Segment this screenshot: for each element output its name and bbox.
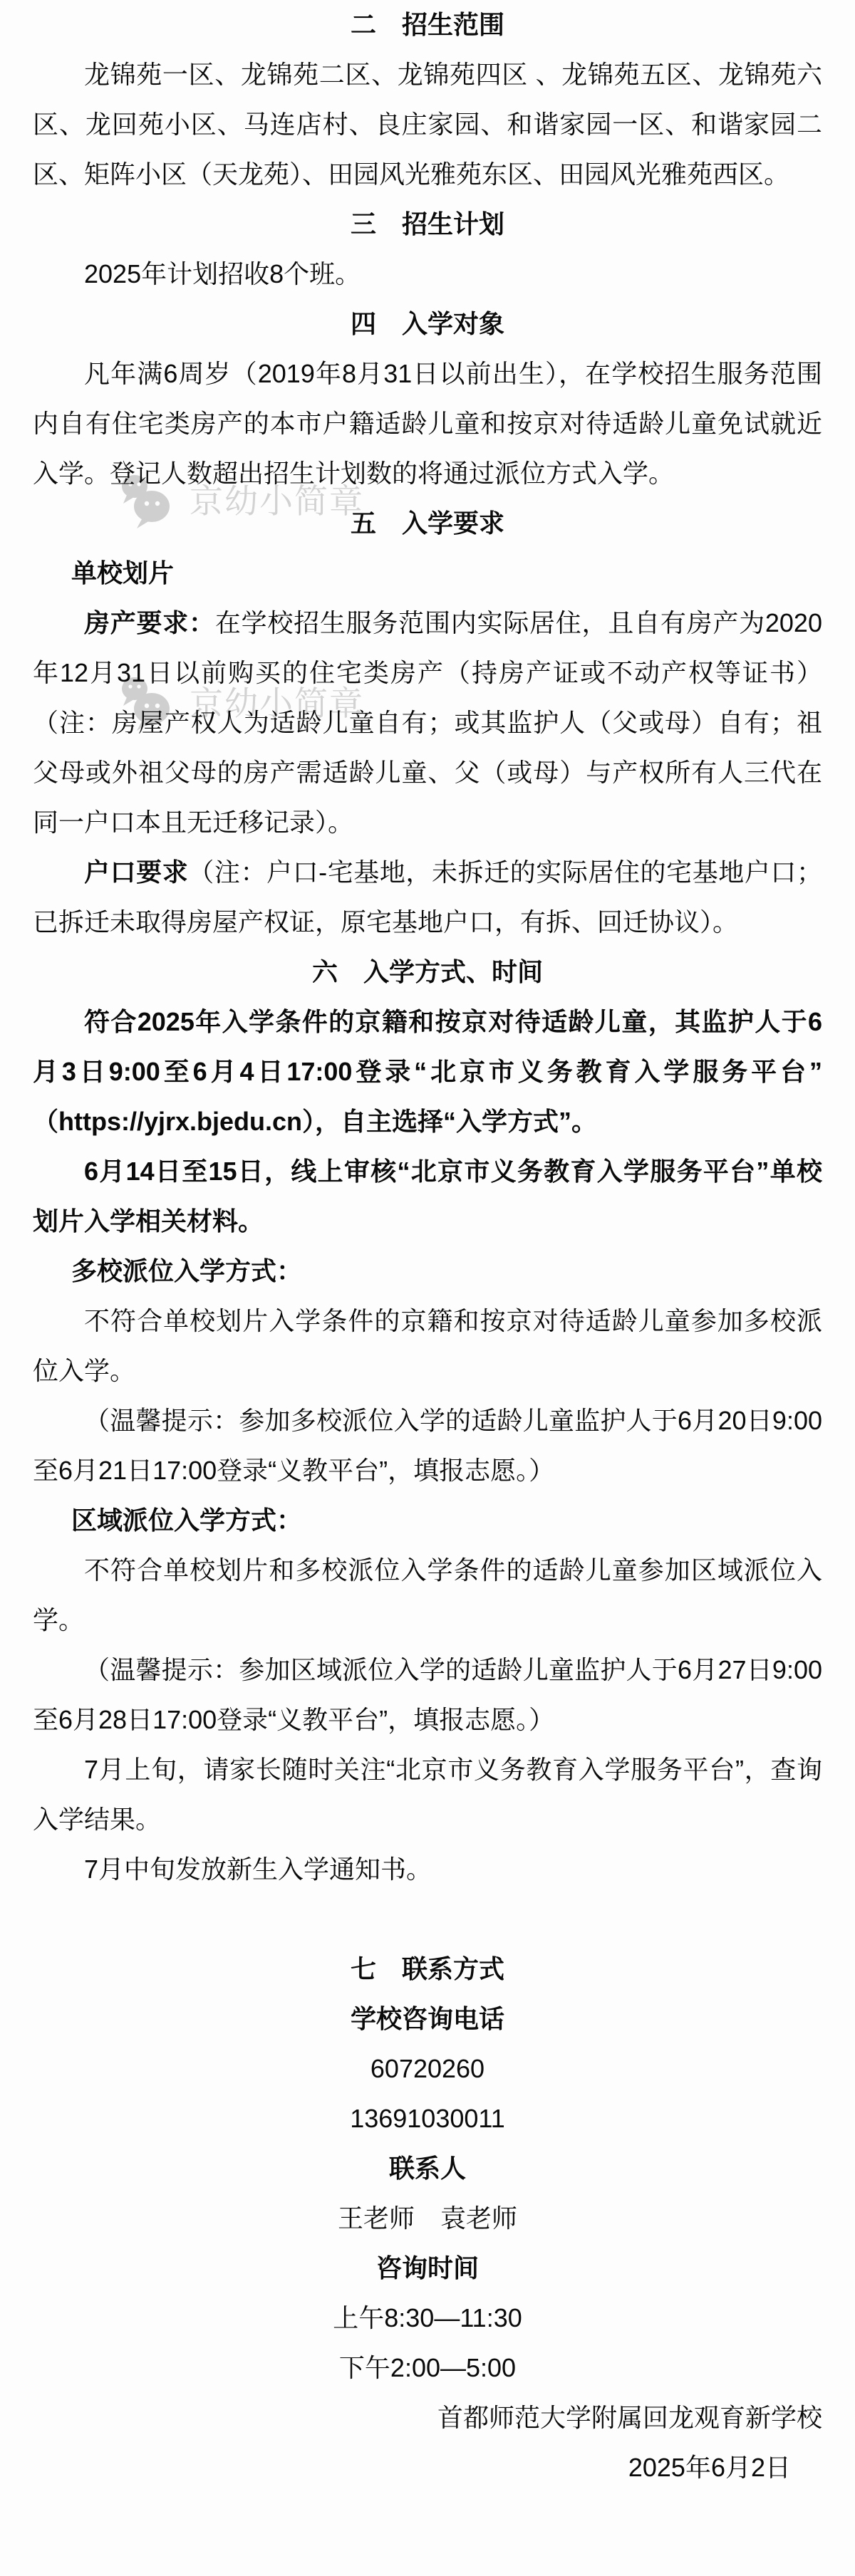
subheading-multi-school-placement: 多校派位入学方式： — [33, 1246, 822, 1296]
contact-phone-number: 60720260 — [33, 2044, 822, 2094]
section-heading-enrollment-plan: 三 招生计划 — [33, 199, 822, 249]
section-heading-enrollment-scope: 二 招生范围 — [33, 0, 822, 50]
subheading-district-placement: 区域派位入学方式： — [33, 1496, 822, 1545]
section-heading-admission-requirements: 五 入学要求 — [33, 499, 822, 548]
paragraph-multi-school-placement: 不符合单校划片入学条件的京籍和按京对待适龄儿童参加多校派位入学。 — [33, 1296, 822, 1396]
subheading-single-school-zoning: 单校划片 — [33, 548, 822, 598]
paragraph-district-tip: （温馨提示：参加区域派位入学的适龄儿童监护人于6月27日9:00至6月28日17… — [33, 1645, 822, 1745]
paragraph-notice-issue: 7月中旬发放新生入学通知书。 — [33, 1845, 822, 1894]
section-heading-admission-methods: 六 入学方式、时间 — [33, 947, 822, 997]
consult-time-afternoon: 下午2:00—5:00 — [33, 2343, 822, 2393]
enrollment-notice-document: 京幼小简章 京幼小简章 二 招生范围 龙锦 — [0, 0, 855, 2576]
property-requirement-label: 房产要求： — [84, 608, 215, 637]
paragraph-online-review: 6月14日至15日，线上审核“北京市义务教育入学服务平台”单校划片入学相关材料。 — [33, 1147, 822, 1246]
signature-date: 2025年6月2日 — [33, 2443, 822, 2493]
paragraph-enrollment-plan: 2025年计划招收8个班。 — [33, 249, 822, 299]
contact-person-names: 王老师 袁老师 — [33, 2194, 822, 2243]
contact-mobile-number: 13691030011 — [33, 2094, 822, 2144]
property-requirement-text: 在学校招生服务范围内实际居住，且自有房产为2020年12月31日以前购买的住宅类… — [33, 608, 822, 837]
consult-time-label: 咨询时间 — [33, 2243, 822, 2293]
paragraph-hukou-requirement: 户口要求（注：户口-宅基地，未拆迁的实际居住的宅基地户口；已拆迁未取得房屋产权证… — [33, 848, 822, 947]
paragraph-property-requirement: 房产要求：在学校招生服务范围内实际居住，且自有房产为2020年12月31日以前购… — [33, 598, 822, 848]
paragraph-result-query: 7月上旬，请家长随时关注“北京市义务教育入学服务平台”，查询入学结果。 — [33, 1745, 822, 1845]
contact-phone-label: 学校咨询电话 — [33, 1994, 822, 2044]
section-heading-contact: 七 联系方式 — [33, 1944, 822, 1994]
consult-time-morning: 上午8:30—11:30 — [33, 2293, 822, 2343]
paragraph-enrollment-scope: 龙锦苑一区、龙锦苑二区、龙锦苑四区 、龙锦苑五区、龙锦苑六区、龙回苑小区、马连店… — [33, 50, 822, 199]
paragraph-registration-window: 符合2025年入学条件的京籍和按京对待适龄儿童，其监护人于6月3日9:00至6月… — [33, 997, 822, 1147]
contact-person-label: 联系人 — [33, 2144, 822, 2194]
paragraph-target-students: 凡年满6周岁（2019年8月31日以前出生），在学校招生服务范围内自有住宅类房产… — [33, 349, 822, 499]
signature-school-name: 首都师范大学附属回龙观育新学校 — [33, 2393, 822, 2443]
hukou-requirement-label: 户口要求 — [84, 857, 188, 887]
section-heading-target-students: 四 入学对象 — [33, 299, 822, 349]
paragraph-multi-school-tip: （温馨提示：参加多校派位入学的适龄儿童监护人于6月20日9:00至6月21日17… — [33, 1396, 822, 1496]
paragraph-district-placement: 不符合单校划片和多校派位入学条件的适龄儿童参加区域派位入学。 — [33, 1545, 822, 1645]
